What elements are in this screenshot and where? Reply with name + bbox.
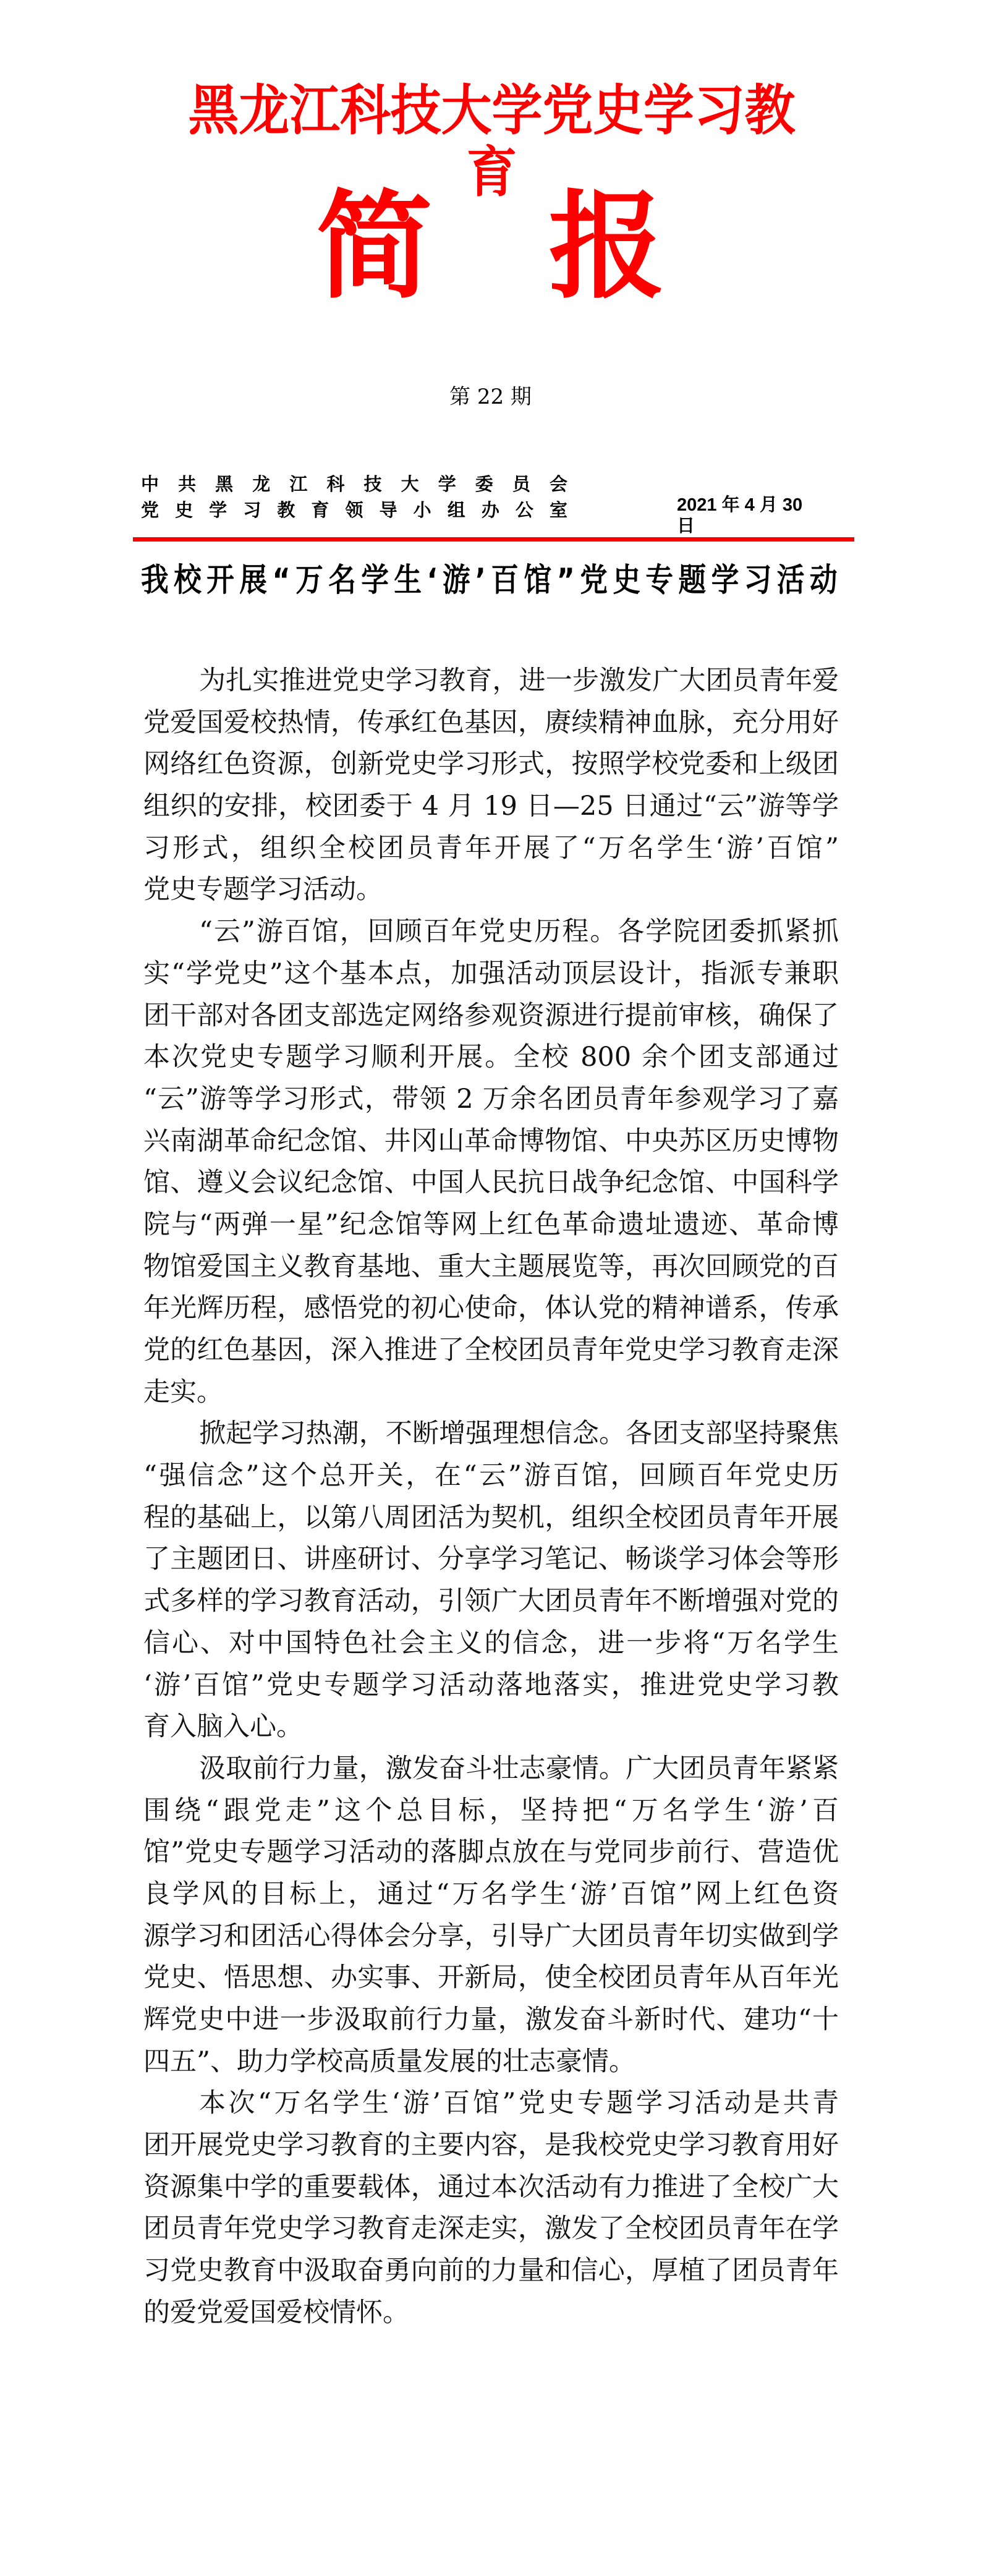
issue-number: 第 22 期 — [371, 382, 610, 412]
paragraph-3: 掀起学习热潮，不断增强理想信念。各团支部坚持聚焦 “强信念”这个总开关，在“云”… — [143, 1413, 839, 1748]
body-line: 党爱国爱校热情，传承红色基因，赓续精神血脉，充分用好 — [143, 702, 839, 744]
body-line: 习党史教育中汲取奋勇向前的力量和信心，厚植了团员青年 — [143, 2250, 839, 2292]
issuer-org-line-1: 中共黑龙江科技大学委员会 — [141, 474, 567, 495]
body-line: 党的红色基因，深入推进了全校团员青年党史学习教育走深 — [143, 1330, 839, 1372]
body-line: 辉党史中进一步汲取前行力量，激发奋斗新时代、建功“十 — [143, 1999, 839, 2041]
body-line: 了主题团日、讲座研讨、分享学习笔记、畅谈学习体会等形 — [143, 1539, 839, 1581]
body-line: 本次党史专题学习顺利开展。全校 800 余个团支部通过 — [143, 1037, 839, 1079]
body-line: 党史专题学习活动。 — [143, 869, 839, 911]
body-line: 实“学党史”这个基本点，加强活动顶层设计，指派专兼职 — [143, 953, 839, 995]
issuer-org-line-2: 党史学习教育领导小组办公室 — [141, 499, 567, 521]
body-line: 网络红色资源，创新党史学习形式，按照学校党委和上级团 — [143, 744, 839, 786]
body-line: “强信念”这个总开关，在“云”游百馆，回顾百年党史历 — [143, 1455, 839, 1497]
article-body: 为扎实推进党史学习教育，进一步激发广大团员青年爱 党爱国爱校热情，传承红色基因，… — [143, 660, 839, 2334]
body-line: 为扎实推进党史学习教育，进一步激发广大团员青年爱 — [143, 660, 839, 702]
issue-date: 2021 年 4 月 30 日 — [677, 495, 825, 537]
body-line: 团干部对各团支部选定网络参观资源进行提前审核，确保了 — [143, 995, 839, 1037]
body-line: 的爱党爱国爱校情怀。 — [143, 2292, 839, 2334]
body-line: 走实。 — [143, 1372, 839, 1414]
body-line: 资源集中学的重要载体，通过本次活动有力推进了全校广大 — [143, 2167, 839, 2209]
body-line: 掀起学习热潮，不断增强理想信念。各团支部坚持聚焦 — [143, 1413, 839, 1455]
paragraph-2: “云”游百馆，回顾百年党史历程。各学院团委抓紧抓 实“学党史”这个基本点，加强活… — [143, 911, 839, 1413]
body-line: “云”游百馆，回顾百年党史历程。各学院团委抓紧抓 — [143, 911, 839, 953]
body-line: 源学习和团活心得体会分享，引导广大团员青年切实做到学 — [143, 1916, 839, 1958]
masthead-brief-label: 简 报 — [247, 185, 734, 309]
bulletin-page: 黑龙江科技大学党史学习教育 简 报 第 22 期 中共黑龙江科技大学委员会 党史… — [0, 0, 981, 2576]
body-line: 党史、悟思想、办实事、开新局，使全校团员青年从百年光 — [143, 1957, 839, 1999]
body-line: 本次“万名学生‘游’百馆”党史专题学习活动是共青 — [143, 2083, 839, 2125]
body-line: 程的基础上，以第八周团活为契机，组织全校团员青年开展 — [143, 1497, 839, 1539]
article-title: 我校开展“万名学生‘游’百馆”党史专题学习活动 — [141, 559, 838, 602]
body-line: 兴南湖革命纪念馆、井冈山革命博物馆、中央苏区历史博物 — [143, 1121, 839, 1163]
masthead-title: 黑龙江科技大学党史学习教育 — [166, 79, 818, 141]
body-line: 式多样的学习教育活动，引领广大团员青年不断增强对党的 — [143, 1581, 839, 1623]
paragraph-1: 为扎实推进党史学习教育，进一步激发广大团员青年爱 党爱国爱校热情，传承红色基因，… — [143, 660, 839, 911]
body-line: 馆”党史专题学习活动的落脚点放在与党同步前行、营造优 — [143, 1832, 839, 1874]
body-line: “云”游等学习形式，带领 2 万余名团员青年参观学习了嘉 — [143, 1079, 839, 1121]
paragraph-4: 汲取前行力量，激发奋斗壮志豪情。广大团员青年紧紧 围绕“跟党走”这个总目标，坚持… — [143, 1748, 839, 2083]
body-line: 馆、遵义会议纪念馆、中国人民抗日战争纪念馆、中国科学 — [143, 1162, 839, 1204]
body-line: 物馆爱国主义教育基地、重大主题展览等，再次回顾党的百 — [143, 1246, 839, 1288]
body-line: 四五”、助力学校高质量发展的壮志豪情。 — [143, 2041, 839, 2083]
red-divider-rule — [133, 537, 854, 542]
body-line: 年光辉历程，感悟党的初心使命，体认党的精神谱系，传承 — [143, 1288, 839, 1330]
body-line: 院与“两弹一星”纪念馆等网上红色革命遗址遗迹、革命博 — [143, 1204, 839, 1246]
body-line: 团开展党史学习教育的主要内容，是我校党史学习教育用好 — [143, 2125, 839, 2167]
paragraph-5: 本次“万名学生‘游’百馆”党史专题学习活动是共青 团开展党史学习教育的主要内容，… — [143, 2083, 839, 2334]
body-line: 信心、对中国特色社会主义的信念，进一步将“万名学生 — [143, 1623, 839, 1665]
body-line: 育入脑入心。 — [143, 1706, 839, 1748]
body-line: 习形式，组织全校团员青年开展了“万名学生‘游’百馆” — [143, 828, 839, 870]
body-line: 组织的安排，校团委于 4 月 19 日—25 日通过“云”游等学 — [143, 786, 839, 828]
body-line: 良学风的目标上，通过“万名学生‘游’百馆”网上红色资 — [143, 1874, 839, 1916]
body-line: 汲取前行力量，激发奋斗壮志豪情。广大团员青年紧紧 — [143, 1748, 839, 1790]
body-line: 围绕“跟党走”这个总目标，坚持把“万名学生‘游’百 — [143, 1790, 839, 1832]
body-line: 团员青年党史学习教育走深走实，激发了全校团员青年在学 — [143, 2208, 839, 2250]
body-line: ‘游’百馆”党史专题学习活动落地落实，推进党史学习教 — [143, 1665, 839, 1707]
